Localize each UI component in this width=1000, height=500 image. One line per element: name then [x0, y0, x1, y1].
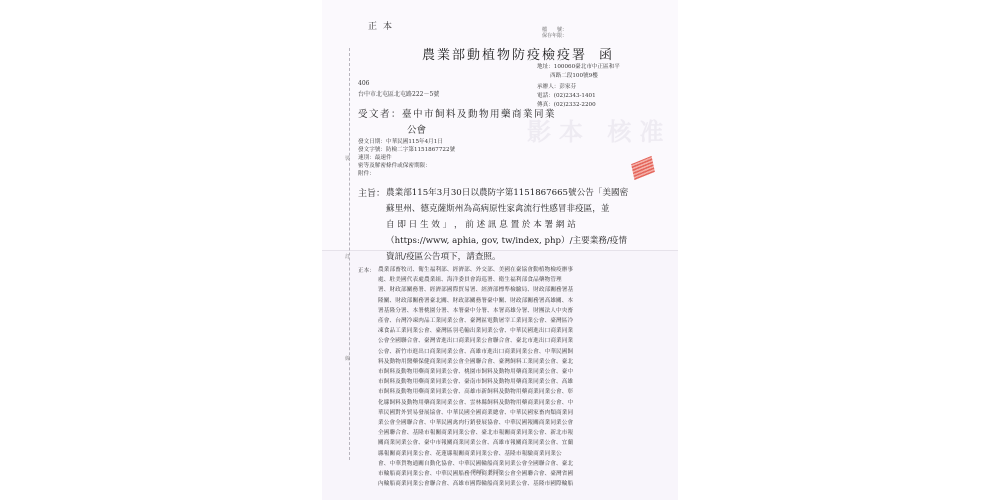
cc-line: 市飼料及動物用藥商業同業公會、高雄市新飼料及動物用藥商業同業公會、彰: [378, 387, 623, 397]
cc-line: 會、中華貨物通關自動化協會、中華民國輪船商業同業公會全國聯合會、臺北: [378, 459, 623, 469]
cc-line: 產會、台灣冷凍肉品工業同業公會、臺灣區電動屠宰工業同業公會、臺灣區冷: [378, 316, 623, 326]
cc-line: 公會全國聯合會、臺灣省進出口商業同業公會聯合會、臺北市進出口商業同業: [378, 336, 623, 346]
binding-mark-1: 裝: [345, 155, 350, 162]
subject-body: 農業部115年3月30日以農防字第1151867665號公告「美國密 蘇里州、德…: [386, 185, 636, 265]
cc-line: 華民國對外貿易發展協會、中華民國全國商業總會、中華民國家畜肉類商業同: [378, 408, 623, 418]
issue-number: 發文字號：防檢二字第1151867722號: [358, 145, 455, 153]
binding-mark-3: 線: [345, 355, 350, 362]
subject-line: 蘇里州、德克薩斯州為高病原性家禽流行性感冒非疫區，並: [386, 201, 636, 217]
issue-date: 發文日期：中華民國115年4月1日: [358, 137, 443, 145]
cc-line: 內輪船商業同業公會聯合會、高雄市國際輪船商業同業公會、基隆市國際輪船: [378, 479, 623, 489]
agency-name: 農業部動植物防疫檢疫署: [422, 48, 587, 63]
cc-line: 公會、新竹市進出口商業同業公會、高雄市進出口商業同業公會、中華民國飼: [378, 347, 623, 357]
sender-address-line2: 西路二段100號9樓: [550, 71, 598, 79]
cc-line: 關商業同業公會、臺中市報關商業同業公會、高雄市報關商業同業公會、宜蘭: [378, 438, 623, 448]
recipient-line1: 受文者：臺中市飼料及動物用藥商業同業: [358, 106, 556, 120]
copy-type-label: 正本: [368, 19, 398, 32]
cc-line: 料及動物用醫藥保健商業同業公會全國聯合會、臺灣飼料工業同業公會、臺北: [378, 357, 623, 367]
cc-line: 凍食品工業同業公會、臺灣區羽毛輸出業同業公會、中華民國進出口商業同業: [378, 326, 623, 336]
cc-line: 署、財政部關務署、經濟部國際貿易署、經濟部標準檢驗局、財政部關務署基: [378, 285, 623, 295]
retention-label: 保存年限：: [542, 32, 567, 39]
cc-line: 市輪船商業同業公會、中華民國船務代理商業同業公會全國聯合會、臺灣省國: [378, 469, 623, 479]
recipient-line2: 公會: [407, 122, 426, 136]
document-page: 影本 核准 裝 訂 線 正本 檔 號： 保存年限： 農業部動植物防疫檢疫署函 地…: [322, 0, 678, 500]
official-seal-stamp: [631, 156, 655, 180]
cc-label: 正本：: [358, 266, 375, 274]
sender-phone: 電話：(02)2343-1401: [537, 91, 596, 99]
document-title: 農業部動植物防疫檢疫署函: [422, 44, 614, 63]
cc-recipient-list: 農業部畜牧司、衛生福利部、經濟部、外交部、美國在臺協會動植物檢疫辦事 處、駐美國…: [378, 265, 623, 489]
cc-line: 處、駐美國代表處農業組、海洋委員會海巡署、衛生福利部食品藥物管理: [378, 275, 623, 285]
attachment: 附件：: [358, 169, 375, 177]
cc-line: 農業部畜牧司、衛生福利部、經濟部、外交部、美國在臺協會動植物檢疫辦事: [378, 265, 623, 275]
cc-line: 縣報關商業同業公會、花蓮縣報關商業同業公會、基隆市報驗商業同業公: [378, 449, 623, 459]
cc-line: 市飼料及動物用藥商業同業公會、桃園市飼料及動物用藥商業同業公會、臺中: [378, 367, 623, 377]
receiver-address: 台中市北屯區北屯路222－5號: [358, 89, 439, 98]
speed-category: 速別：最速件: [358, 153, 392, 161]
sender-address-line1: 地址：100060臺北市中正區和平: [537, 62, 620, 70]
receiver-zip: 406: [358, 80, 369, 87]
subject-line: 自 即 日 生 效 」 ， 前 述 訊 息 置 於 本 署 網 站: [386, 217, 636, 233]
subject-line: （https://www, aphia, gov, tw/index, php）…: [386, 233, 636, 249]
cc-line: 全國聯合會、基隆市報關商業同業公會、臺北市報關商業同業公會、新北市報: [378, 428, 623, 438]
cc-line: 業公會全國聯合會、中華民國禽肉行銷發展協會、中華民國報關商業同業公會: [378, 418, 623, 428]
subject-label: 主旨：: [358, 186, 385, 199]
sender-contact: 承辦人：彭家芬: [537, 82, 576, 90]
cc-line: 署基隆分署、本署桃園分署、本署臺中分署、本署高雄分署、財團法人中央畜: [378, 306, 623, 316]
cc-line: 隆關、財政部關務署臺北關、財政部關務署臺中關、財政部關務署高雄關、本: [378, 296, 623, 306]
page-number: 第1頁 共2頁: [472, 469, 500, 475]
subject-line: 資訊/疫區公告項下，請查照。: [386, 249, 636, 265]
binding-mark-2: 訂: [345, 253, 350, 260]
cc-line: 化縣飼料及動物用藥商業同業公會、雲林縣飼料及動物用藥商業同業公會、中: [378, 398, 623, 408]
doc-type: 函: [599, 48, 614, 63]
secrecy-level: 密等及解密條件或保密期限：: [358, 161, 431, 169]
subject-line: 農業部115年3月30日以農防字第1151867665號公告「美國密: [386, 185, 636, 201]
cc-line: 市飼料及動物用藥商業同業公會、臺南市飼料及動物用藥商業同業公會、高雄: [378, 377, 623, 387]
